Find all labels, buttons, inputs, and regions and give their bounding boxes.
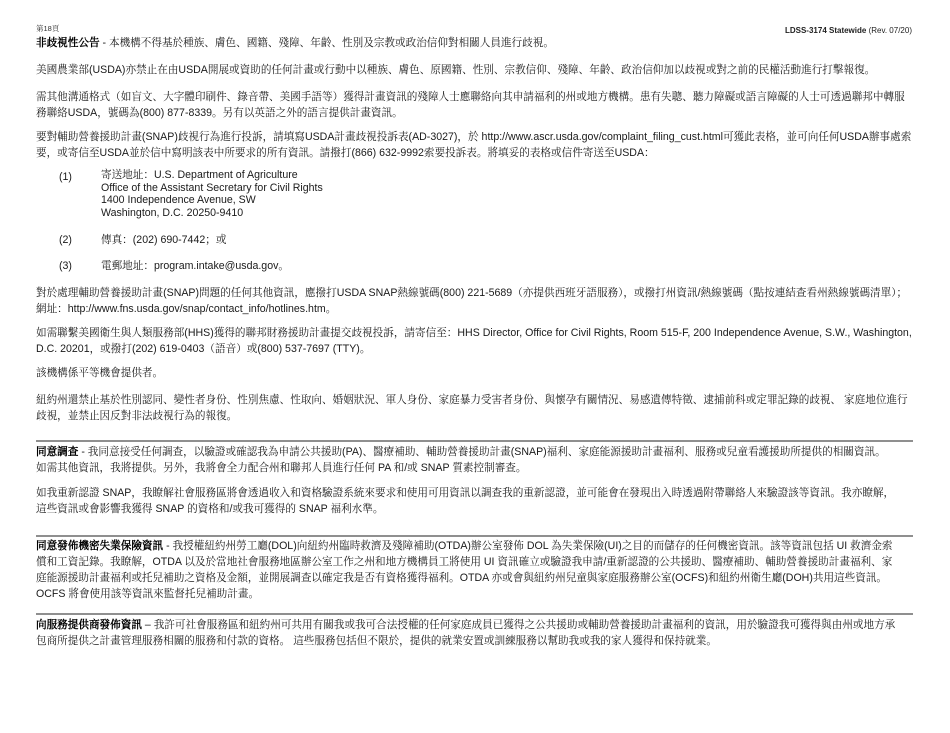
section-title-release-providers: 向服務提供商發佈資訊 xyxy=(36,619,142,631)
section-divider xyxy=(36,535,913,537)
complaint-paragraph: 要對輔助營養援助計畫(SNAP)歧視行為進行投訴，請填寫USDA計畫歧視投訴表(… xyxy=(36,129,914,161)
release-providers-section: 向服務提供商發佈資訊 – 我許可社會服務區和紐約州可共用有關我或我可合法授權的任… xyxy=(36,617,914,649)
nondiscrimination-notice: 非歧視性公告 - 本機構不得基於種族、膚色、國籍、殘障、年齡、性別及宗教或政治信… xyxy=(36,35,914,51)
section-title-consent-investigation: 同意調查 xyxy=(36,446,78,458)
usda-prohibition: 美國農業部(USDA)亦禁止在由USDA開展或資助的任何計畫或行動中以種族、膚色… xyxy=(36,62,914,78)
list-number: (2) xyxy=(59,232,72,248)
form-revision: (Rev. 07/20) xyxy=(866,26,912,35)
consent-ui-section: 同意發佈機密失業保險資訊 - 我授權紐約州勞工廳(DOL)向紐約州臨時救濟及殘障… xyxy=(36,538,914,602)
fax-number: 傳真：(202) 690-7442；或 xyxy=(101,232,801,248)
form-id-bold: LDSS-3174 Statewide xyxy=(785,26,866,35)
mail-address: 寄送地址：U.S. Department of Agriculture Offi… xyxy=(101,169,801,219)
list-number: (1) xyxy=(59,169,72,185)
snap-hotline-paragraph: 對於處理輔助營養援助計畫(SNAP)問題的任何其他資訊，應撥打USDA SNAP… xyxy=(36,285,914,317)
section-divider xyxy=(36,613,913,615)
list-number: (3) xyxy=(59,258,72,274)
nondiscrimination-text: 本機構不得基於種族、膚色、國籍、殘障、年齡、性別及宗教或政治信仰對相關人員進行歧… xyxy=(109,37,554,49)
consent-investigation-section: 同意調查 - 我同意接受任何調查，以驗證或確認我為申請公共援助(PA)、醫療補助… xyxy=(36,444,914,476)
recertify-paragraph: 如我重新認證 SNAP，我瞭解社會服務區將會透過收入和資格驗證系統來要求和使用可… xyxy=(36,485,914,517)
email-address: 電郵地址：program.intake@usda.gov。 xyxy=(101,258,801,274)
section-title-consent-ui: 同意發佈機密失業保險資訊 xyxy=(36,540,163,552)
hotline-url: 網址：http://www.fns.usda.gov/snap/contact_… xyxy=(36,301,914,317)
nys-prohibition-paragraph: 紐約州還禁止基於性別認同、變性者身份、性別焦慮、性取向、婚姻狀況、軍人身份、家庭… xyxy=(36,392,914,424)
hhs-paragraph: 如需聯繫美國衛生與人類服務部(HHS)獲得的聯邦財務援助計畫提交歧視投訴，請寄信… xyxy=(36,325,914,357)
alt-formats-paragraph: 需其他溝通格式（如盲文、大字體印刷件、錄音帶、美國手語等）獲得計畫資訊的殘障人士… xyxy=(36,89,914,121)
section-divider xyxy=(36,440,913,442)
section-title-nondiscrimination: 非歧視性公告 xyxy=(36,37,100,49)
equal-opportunity: 該機構係平等機會提供者。 xyxy=(36,365,914,381)
page-number: 第18頁 xyxy=(36,24,59,34)
